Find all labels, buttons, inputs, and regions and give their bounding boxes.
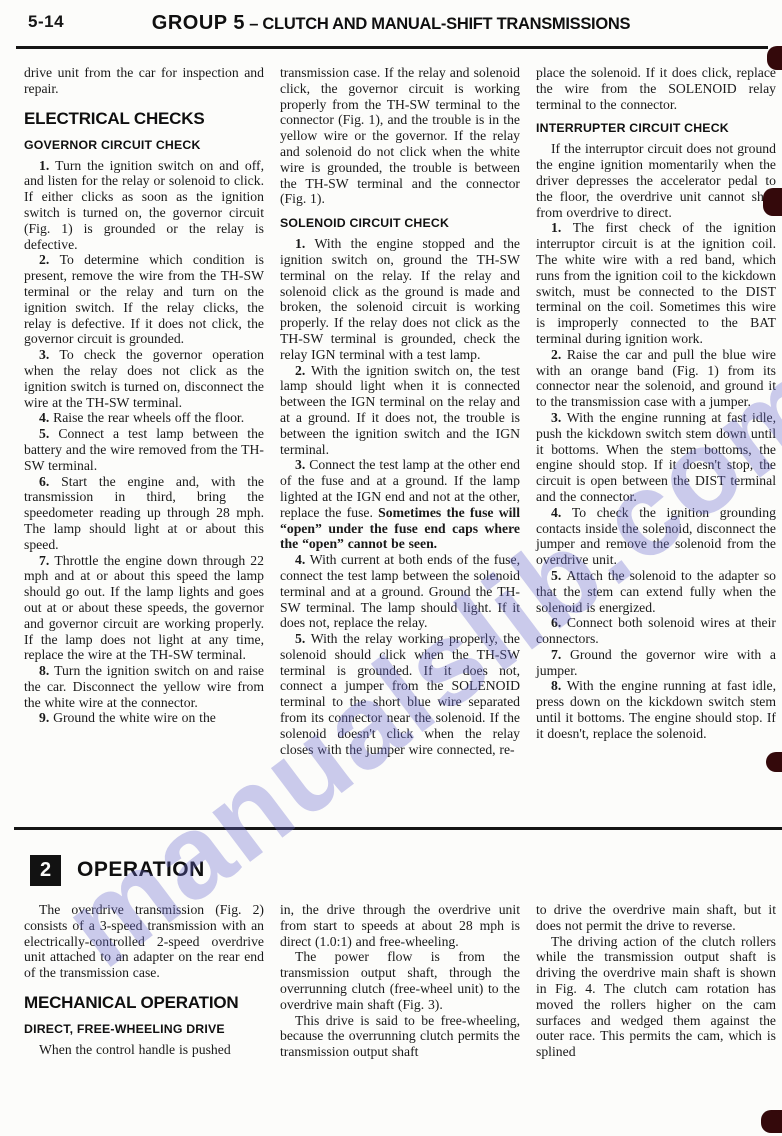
column-right: place the solenoid. If it does click, re… (536, 65, 776, 827)
bold-text-run: 8. (551, 678, 567, 693)
paragraph: 3. With the engine running at fast idle,… (536, 410, 776, 505)
bold-text-run: 3. (39, 347, 59, 362)
page-number: 5-14 (28, 12, 64, 31)
paragraph: 3. Connect the test lamp at the other en… (280, 457, 520, 552)
text-run: With the engine running at fast idle, pu… (536, 410, 776, 504)
bold-text-run: 5. (295, 631, 311, 646)
paragraph: 3. To check the governor operation when … (24, 347, 264, 410)
paragraph: place the solenoid. If it does click, re… (536, 65, 776, 112)
sub-heading: DIRECT, FREE-WHEELING DRIVE (24, 1022, 264, 1036)
paragraph: 5. With the relay working properly, the … (280, 631, 520, 757)
paragraph: 1. Turn the ignition switch on and off, … (24, 158, 264, 253)
three-column-layout: The overdrive transmission (Fig. 2) cons… (24, 902, 776, 1060)
paragraph: 8. Turn the ignition switch on and raise… (24, 663, 264, 710)
text-run: Throttle the engine down through 22 mph … (24, 553, 264, 663)
scan-artifact (766, 752, 782, 772)
operation-section-title: OPERATION (77, 858, 205, 882)
text-run: in, the drive through the overdrive unit… (280, 902, 520, 949)
bold-text-run: 1. (551, 220, 573, 235)
bold-text-run: 2. (39, 252, 60, 267)
text-run: When the control handle is pushed (39, 1042, 231, 1057)
text-run: With the ignition switch on, the test la… (280, 363, 520, 457)
text-run: Turn the ignition switch on and raise th… (24, 663, 264, 710)
section-divider-rule (14, 827, 782, 830)
paragraph: 1. The first check of the ignition inter… (536, 220, 776, 346)
text-run: transmission case. If the relay and sole… (280, 65, 520, 206)
text-run: If the interruptor circuit does not grou… (536, 141, 776, 219)
section-heading: MECHANICAL OPERATION (24, 993, 264, 1013)
sub-heading: GOVERNOR CIRCUIT CHECK (24, 138, 264, 152)
bold-text-run: 5. (551, 568, 566, 583)
bold-text-run: 2. (295, 363, 311, 378)
operation-section-header: 2 OPERATION (30, 854, 782, 886)
text-run: The overdrive transmission (Fig. 2) cons… (24, 902, 264, 980)
paragraph: 2. With the ignition switch on, the test… (280, 363, 520, 458)
section-number-badge: 2 (30, 855, 61, 886)
paragraph: 8. With the engine running at fast idle,… (536, 678, 776, 741)
sub-heading: INTERRUPTER CIRCUIT CHECK (536, 121, 776, 135)
column-middle: transmission case. If the relay and sole… (280, 65, 520, 827)
paragraph: 4. Raise the rear wheels off the floor. (24, 410, 264, 426)
paragraph: transmission case. If the relay and sole… (280, 65, 520, 207)
scan-artifact (767, 46, 782, 70)
page-title: GROUP 5 – CLUTCH AND MANUAL-SHIFT TRANSM… (152, 12, 630, 35)
scan-artifact (763, 188, 782, 216)
text-run: place the solenoid. If it does click, re… (536, 65, 776, 112)
text-run: Ground the white wire on the (53, 710, 216, 725)
paragraph: in, the drive through the overdrive unit… (280, 902, 520, 949)
page-title-group: GROUP 5 (152, 12, 245, 34)
column-left: drive unit from the car for inspection a… (24, 65, 264, 827)
paragraph: 9. Ground the white wire on the (24, 710, 264, 726)
column-middle: in, the drive through the overdrive unit… (280, 902, 520, 1060)
bold-text-run: 4. (295, 552, 310, 567)
text-run: The first check of the ignition interrup… (536, 220, 776, 346)
operation-section: The overdrive transmission (Fig. 2) cons… (0, 886, 782, 1060)
page-title-rest: – CLUTCH AND MANUAL-SHIFT TRANSMISSIONS (245, 15, 630, 33)
bold-text-run: 6. (39, 474, 61, 489)
text-run: Raise the car and pull the blue wire wit… (536, 347, 776, 409)
section-heading: ELECTRICAL CHECKS (24, 109, 264, 129)
paragraph: 5. Attach the solenoid to the adapter so… (536, 568, 776, 615)
electrical-checks-section: drive unit from the car for inspection a… (0, 49, 782, 827)
bold-text-run: 2. (551, 347, 567, 362)
text-run: With the engine running at fast idle, pr… (536, 678, 776, 740)
text-run: to drive the overdrive main shaft, but i… (536, 902, 776, 933)
bold-text-run: 4. (39, 410, 53, 425)
bold-text-run: 8. (39, 663, 54, 678)
paragraph: 7. Ground the governor wire with a jumpe… (536, 647, 776, 679)
paragraph: 6. Connect both solenoid wires at their … (536, 615, 776, 647)
text-run: To check the governor operation when the… (24, 347, 264, 409)
text-run: Raise the rear wheels off the floor. (53, 410, 244, 425)
text-run: This drive is said to be free-wheeling, … (280, 1013, 520, 1060)
text-run: Ground the governor wire with a jumper. (536, 647, 776, 678)
paragraph: 5. Connect a test lamp between the batte… (24, 426, 264, 473)
column-left: The overdrive transmission (Fig. 2) cons… (24, 902, 264, 1060)
sub-heading: SOLENOID CIRCUIT CHECK (280, 216, 520, 230)
bold-text-run: 9. (39, 710, 53, 725)
bold-text-run: 1. (295, 236, 315, 251)
paragraph: The overdrive transmission (Fig. 2) cons… (24, 902, 264, 981)
paragraph: This drive is said to be free-wheeling, … (280, 1013, 520, 1060)
paragraph: The driving action of the clutch rollers… (536, 934, 776, 1060)
scan-artifact (761, 1110, 782, 1133)
paragraph: The power flow is from the transmission … (280, 949, 520, 1012)
text-run: Attach the solenoid to the adapter so th… (536, 568, 776, 615)
text-run: With the engine stopped and the ignition… (280, 236, 520, 362)
bold-text-run: 7. (39, 553, 54, 568)
paragraph: 4. With current at both ends of the fuse… (280, 552, 520, 631)
text-run: Turn the ignition switch on and off, and… (24, 158, 264, 252)
three-column-layout: drive unit from the car for inspection a… (24, 65, 776, 827)
page-header: 5-14 GROUP 5 – CLUTCH AND MANUAL-SHIFT T… (0, 0, 782, 42)
paragraph: 7. Throttle the engine down through 22 m… (24, 553, 264, 664)
text-run: Connect a test lamp between the battery … (24, 426, 264, 473)
paragraph: When the control handle is pushed (24, 1042, 264, 1058)
paragraph: 2. To determine which condition is prese… (24, 252, 264, 347)
paragraph: to drive the overdrive main shaft, but i… (536, 902, 776, 934)
paragraph: 2. Raise the car and pull the blue wire … (536, 347, 776, 410)
bold-text-run: 1. (39, 158, 55, 173)
text-run: With current at both ends of the fuse, c… (280, 552, 520, 630)
column-right: to drive the overdrive main shaft, but i… (536, 902, 776, 1060)
bold-text-run: 5. (39, 426, 58, 441)
paragraph: drive unit from the car for inspection a… (24, 65, 264, 97)
text-run: To determine which condition is present,… (24, 252, 264, 346)
text-run: The power flow is from the transmission … (280, 949, 520, 1011)
bold-text-run: 7. (551, 647, 570, 662)
paragraph: If the interruptor circuit does not grou… (536, 141, 776, 220)
bold-text-run: 3. (295, 457, 309, 472)
paragraph: 4. To check the ignition grounding conta… (536, 505, 776, 568)
text-run: To check the ignition grounding contacts… (536, 505, 776, 567)
paragraph: 1. With the engine stopped and the ignit… (280, 236, 520, 362)
manual-page: 5-14 GROUP 5 – CLUTCH AND MANUAL-SHIFT T… (0, 0, 782, 1136)
text-run: drive unit from the car for inspection a… (24, 65, 264, 96)
paragraph: 6. Start the engine and, with the transm… (24, 474, 264, 553)
bold-text-run: 4. (551, 505, 572, 520)
text-run: Connect both solenoid wires at their con… (536, 615, 776, 646)
text-run: With the relay working properly, the sol… (280, 631, 520, 757)
bold-text-run: 3. (551, 410, 567, 425)
bold-text-run: 6. (551, 615, 567, 630)
text-run: The driving action of the clutch rollers… (536, 934, 776, 1060)
